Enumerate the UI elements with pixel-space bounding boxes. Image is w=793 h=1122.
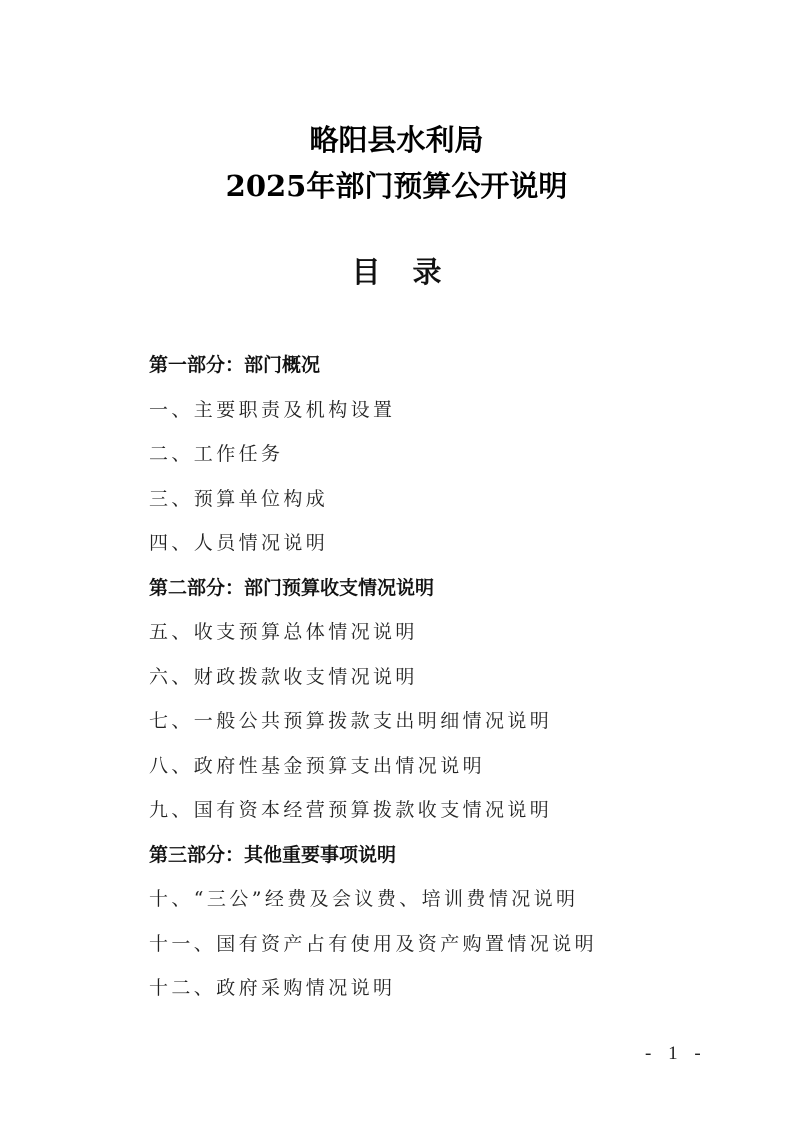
table-of-contents: 第一部分：部门概况 一、主要职责及机构设置 二、工作任务 三、预算单位构成 四、… bbox=[149, 343, 597, 1011]
toc-item-6[interactable]: 六、财政拨款收支情况说明 bbox=[149, 655, 597, 700]
document-title-line2: 2025年部门预算公开说明 bbox=[0, 164, 793, 205]
toc-item-3[interactable]: 三、预算单位构成 bbox=[149, 477, 597, 522]
toc-item-12[interactable]: 十二、政府采购情况说明 bbox=[149, 966, 597, 1011]
toc-item-10[interactable]: 十、“三公”经费及会议费、培训费情况说明 bbox=[149, 877, 597, 922]
toc-item-5[interactable]: 五、收支预算总体情况说明 bbox=[149, 610, 597, 655]
toc-item-1[interactable]: 一、主要职责及机构设置 bbox=[149, 388, 597, 433]
toc-part-3[interactable]: 第三部分：其他重要事项说明 bbox=[149, 833, 597, 878]
toc-item-8[interactable]: 八、政府性基金预算支出情况说明 bbox=[149, 744, 597, 789]
toc-item-9[interactable]: 九、国有资本经营预算拨款收支情况说明 bbox=[149, 788, 597, 833]
toc-part-1[interactable]: 第一部分：部门概况 bbox=[149, 343, 597, 388]
toc-item-2[interactable]: 二、工作任务 bbox=[149, 432, 597, 477]
toc-item-11[interactable]: 十一、国有资产占有使用及资产购置情况说明 bbox=[149, 922, 597, 967]
page-number: - 1 - bbox=[645, 1043, 707, 1065]
toc-item-7[interactable]: 七、一般公共预算拨款支出明细情况说明 bbox=[149, 699, 597, 744]
toc-item-4[interactable]: 四、人员情况说明 bbox=[149, 521, 597, 566]
toc-part-2[interactable]: 第二部分：部门预算收支情况说明 bbox=[149, 566, 597, 611]
document-title-line1: 略阳县水利局 bbox=[0, 118, 793, 159]
toc-heading: 目录 bbox=[0, 250, 793, 291]
